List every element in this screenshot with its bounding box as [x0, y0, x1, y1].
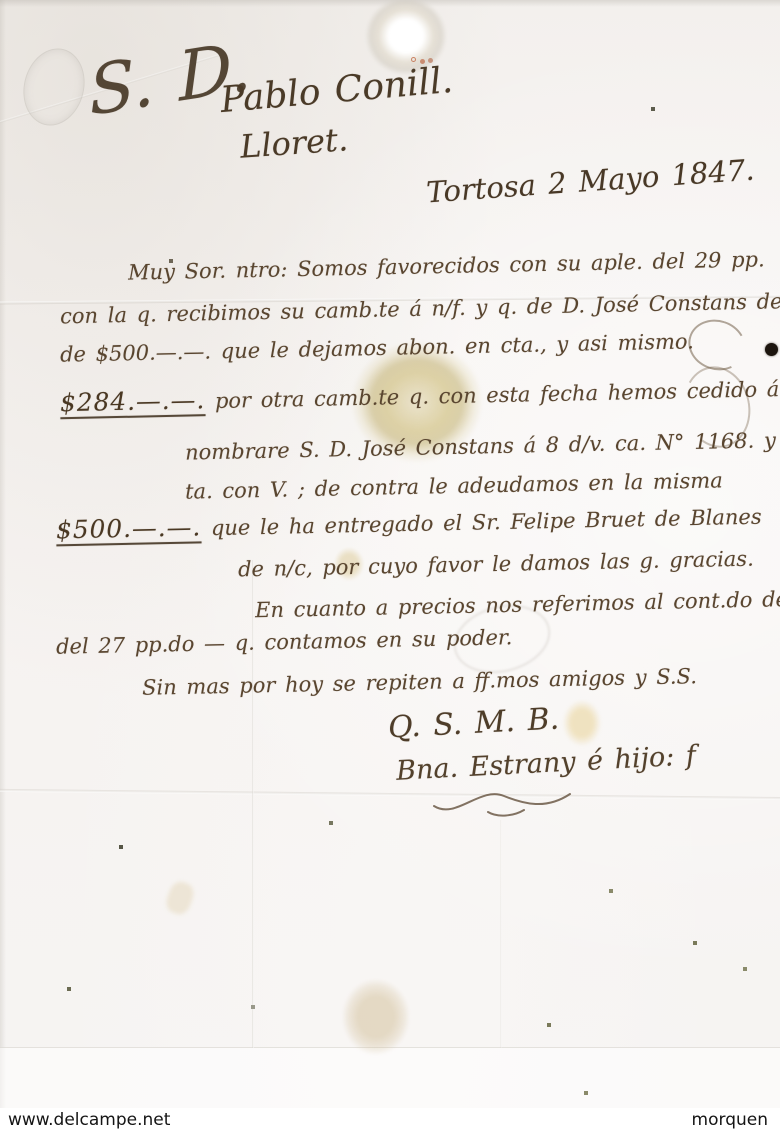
amount-underlined: $284.—.—. [60, 385, 206, 417]
addressee-name: Pablo Conill. [219, 60, 455, 121]
line-text: que le ha entregado el Sr. Felipe Bruet … [201, 505, 762, 541]
fold-band-bottom [0, 1047, 780, 1109]
letter-line: de $500.—.—. que le dejamos abon. en cta… [60, 325, 694, 367]
paper-edge-shadow [0, 0, 780, 7]
amount-underlined: $500.—.—. [56, 512, 202, 544]
scanned-letter-page: S. D. Pablo Conill. Lloret. Tortosa 2 Ma… [0, 0, 780, 1132]
letter-line: $500.—.—. que le ha entregado el Sr. Fel… [56, 501, 762, 545]
line-text: del 27 pp.do — q. contamos en su poder. [56, 625, 513, 659]
line-text: por otra camb.te q. con esta fecha hemos… [205, 376, 780, 413]
paper-edge-shadow [0, 0, 6, 1132]
fold-crease-vertical [500, 820, 502, 1048]
letter-line: En cuanto a precios nos referimos al con… [255, 582, 780, 624]
letter-line: de n/c, por cuyo favor le damos las g. g… [238, 543, 754, 583]
letter-line: Sin mas por hoy se repiten a ff.mos amig… [142, 660, 697, 701]
wax-seal-specks [412, 58, 415, 61]
letter-line: nombrare S. D. José Constans á 8 d/v. ca… [185, 423, 780, 465]
line-text: con la q. recibimos su camb.te á n/f. y … [60, 288, 780, 329]
line-text: nombrare S. D. José Constans á 8 d/v. ca… [185, 427, 780, 464]
signature: Bna. Estrany é hijo: f [395, 740, 696, 787]
water-stain-bottom [336, 972, 416, 1062]
letter-line: Muy Sor. ntro: Somos favorecidos con su … [128, 243, 765, 285]
letter-line: del 27 pp.do — q. contamos en su poder. [56, 621, 513, 660]
letter-line: $284.—.—. por otra camb.te q. con esta f… [60, 372, 780, 417]
letter-line: ta. con V. ; de contra le adeudamos en l… [185, 464, 723, 504]
line-text: Muy Sor. ntro: Somos favorecidos con su … [128, 247, 765, 284]
signature-rubric [428, 782, 578, 822]
line-text: de n/c, por cuyo favor le damos las g. g… [238, 547, 754, 582]
valediction: Q. S. M. B. [387, 702, 560, 746]
faint-stain [163, 879, 196, 917]
watermark-seller-name: morquen [692, 1110, 768, 1130]
letter-line: con la q. recibimos su camb.te á n/f. y … [60, 284, 780, 330]
stain-near-signature [558, 694, 606, 752]
line-text: ta. con V. ; de contra le adeudamos en l… [185, 468, 723, 503]
line-text: En cuanto a precios nos referimos al con… [255, 586, 780, 623]
line-text: Sin mas por hoy se repiten a ff.mos amig… [142, 664, 697, 700]
ink-blot [765, 343, 778, 356]
line-text: de $500.—.—. que le dejamos abon. en cta… [60, 329, 694, 366]
addressee-place: Lloret. [239, 120, 349, 165]
embossed-paper-seal [15, 42, 92, 132]
watermark-site-url: www.delcampe.net [8, 1110, 170, 1130]
watermark-bar: www.delcampe.net morquen [0, 1108, 780, 1132]
dateline: Tortosa 2 Mayo 1847. [425, 153, 755, 210]
fold-crease-horizontal [0, 789, 780, 800]
